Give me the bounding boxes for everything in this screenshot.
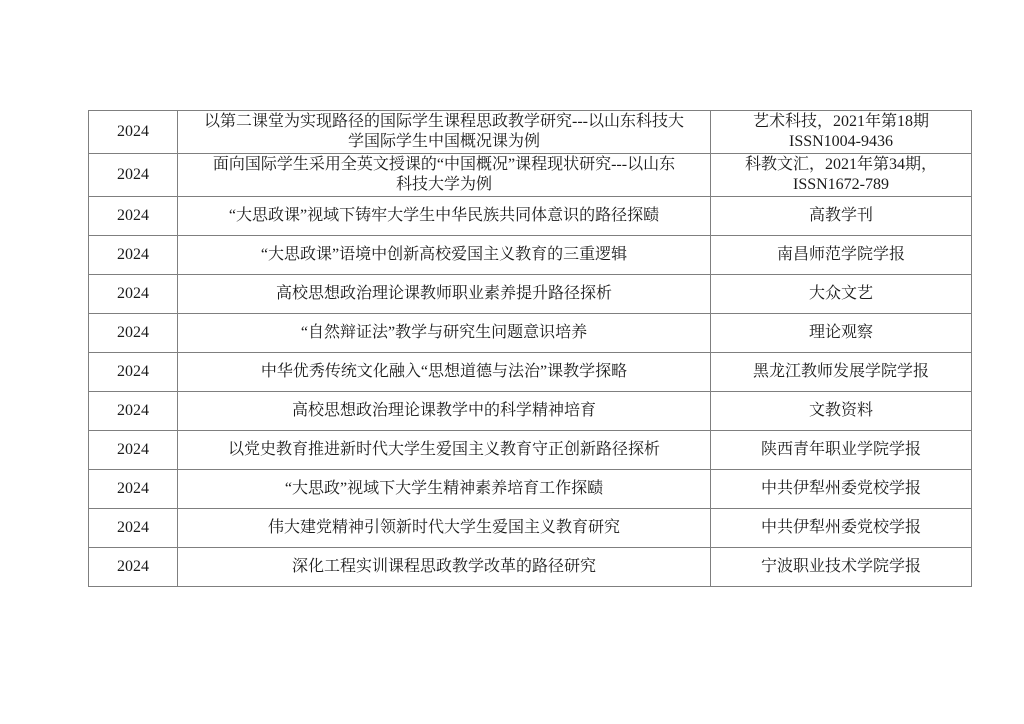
- table-row: 2024 面向国际学生采用全英文授课的“中国概况”课程现状研究---以山东 科技…: [89, 154, 972, 197]
- journal-cell: 中共伊犁州委党校学报: [711, 470, 972, 509]
- journal-cell: 中共伊犁州委党校学报: [711, 509, 972, 548]
- title-cell: “大思政课”视域下铸牢大学生中华民族共同体意识的路径探赜: [178, 197, 711, 236]
- title-cell: 中华优秀传统文化融入“思想道德与法治”课教学探略: [178, 353, 711, 392]
- journal-cell: 高教学刊: [711, 197, 972, 236]
- title-cell: “大思政”视域下大学生精神素养培育工作探赜: [178, 470, 711, 509]
- journal-cell: 南昌师范学院学报: [711, 236, 972, 275]
- table-row: 2024 高校思想政治理论课教师职业素养提升路径探析 大众文艺: [89, 275, 972, 314]
- year-cell: 2024: [89, 509, 178, 548]
- year-cell: 2024: [89, 353, 178, 392]
- table-row: 2024 “大思政课”语境中创新高校爱国主义教育的三重逻辑 南昌师范学院学报: [89, 236, 972, 275]
- year-cell: 2024: [89, 431, 178, 470]
- title-cell: 高校思想政治理论课教师职业素养提升路径探析: [178, 275, 711, 314]
- table-row: 2024 高校思想政治理论课教学中的科学精神培育 文教资料: [89, 392, 972, 431]
- title-cell: 以第二课堂为实现路径的国际学生课程思政教学研究---以山东科技大 学国际学生中国…: [178, 111, 711, 154]
- table-row: 2024 伟大建党精神引领新时代大学生爱国主义教育研究 中共伊犁州委党校学报: [89, 509, 972, 548]
- year-cell: 2024: [89, 111, 178, 154]
- publications-table-body: 2024 以第二课堂为实现路径的国际学生课程思政教学研究---以山东科技大 学国…: [89, 111, 972, 587]
- journal-cell: 艺术科技，2021年第18期 ISSN1004-9436: [711, 111, 972, 154]
- title-cell: 深化工程实训课程思政教学改革的路径研究: [178, 548, 711, 587]
- title-cell: 面向国际学生采用全英文授课的“中国概况”课程现状研究---以山东 科技大学为例: [178, 154, 711, 197]
- document-page: 2024 以第二课堂为实现路径的国际学生课程思政教学研究---以山东科技大 学国…: [0, 0, 1024, 724]
- year-cell: 2024: [89, 154, 178, 197]
- publications-table-container: 2024 以第二课堂为实现路径的国际学生课程思政教学研究---以山东科技大 学国…: [88, 110, 972, 587]
- title-cell: 伟大建党精神引领新时代大学生爱国主义教育研究: [178, 509, 711, 548]
- table-row: 2024 “大思政”视域下大学生精神素养培育工作探赜 中共伊犁州委党校学报: [89, 470, 972, 509]
- year-cell: 2024: [89, 548, 178, 587]
- table-row: 2024 以党史教育推进新时代大学生爱国主义教育守正创新路径探析 陕西青年职业学…: [89, 431, 972, 470]
- table-row: 2024 中华优秀传统文化融入“思想道德与法治”课教学探略 黑龙江教师发展学院学…: [89, 353, 972, 392]
- year-cell: 2024: [89, 275, 178, 314]
- journal-cell: 黑龙江教师发展学院学报: [711, 353, 972, 392]
- journal-cell: 文教资料: [711, 392, 972, 431]
- publications-table: 2024 以第二课堂为实现路径的国际学生课程思政教学研究---以山东科技大 学国…: [88, 110, 972, 587]
- journal-cell: 宁波职业技术学院学报: [711, 548, 972, 587]
- journal-cell: 陕西青年职业学院学报: [711, 431, 972, 470]
- table-row: 2024 “大思政课”视域下铸牢大学生中华民族共同体意识的路径探赜 高教学刊: [89, 197, 972, 236]
- year-cell: 2024: [89, 470, 178, 509]
- table-row: 2024 深化工程实训课程思政教学改革的路径研究 宁波职业技术学院学报: [89, 548, 972, 587]
- title-cell: “自然辩证法”教学与研究生问题意识培养: [178, 314, 711, 353]
- table-row: 2024 以第二课堂为实现路径的国际学生课程思政教学研究---以山东科技大 学国…: [89, 111, 972, 154]
- year-cell: 2024: [89, 392, 178, 431]
- year-cell: 2024: [89, 197, 178, 236]
- journal-cell: 理论观察: [711, 314, 972, 353]
- table-row: 2024 “自然辩证法”教学与研究生问题意识培养 理论观察: [89, 314, 972, 353]
- year-cell: 2024: [89, 236, 178, 275]
- title-cell: “大思政课”语境中创新高校爱国主义教育的三重逻辑: [178, 236, 711, 275]
- journal-cell: 大众文艺: [711, 275, 972, 314]
- title-cell: 高校思想政治理论课教学中的科学精神培育: [178, 392, 711, 431]
- year-cell: 2024: [89, 314, 178, 353]
- journal-cell: 科教文汇，2021年第34期， ISSN1672-789: [711, 154, 972, 197]
- title-cell: 以党史教育推进新时代大学生爱国主义教育守正创新路径探析: [178, 431, 711, 470]
